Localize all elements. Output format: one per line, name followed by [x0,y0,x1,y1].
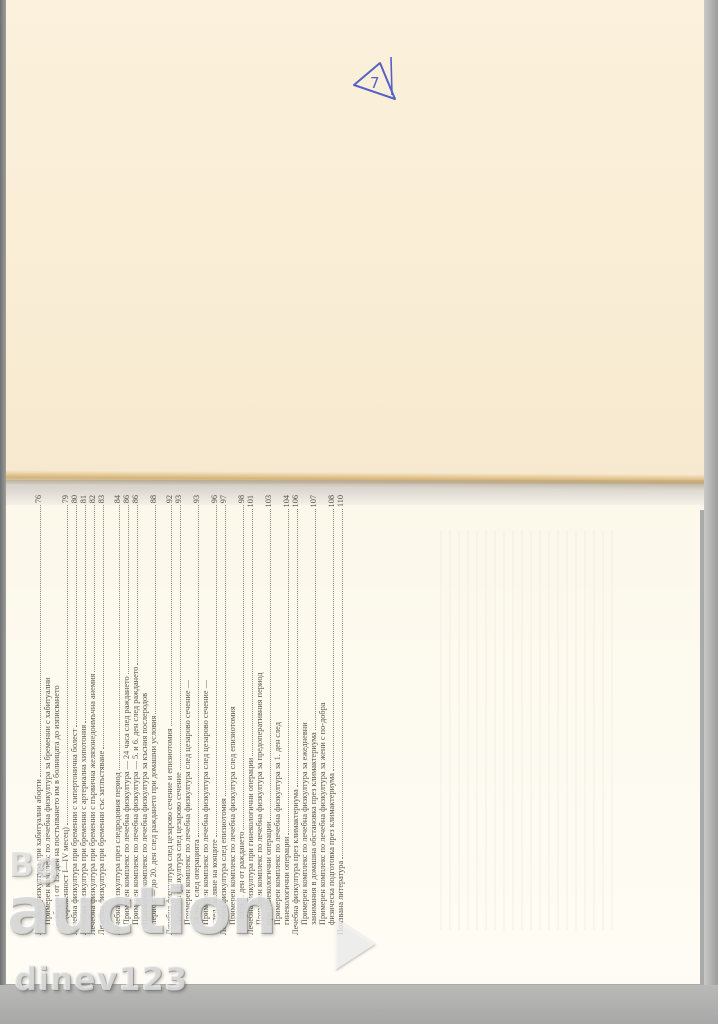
watermark-username: dinev123 [14,960,188,998]
toc-entry: след сваляне на конците96 [210,495,219,935]
toc-leader-dots [118,505,120,770]
toc-entry: Примерен комплекс по лечебна физкултура … [255,495,264,935]
toc-entry: Примерен комплекс по лечебна физкултура … [140,495,149,935]
toc-leader-dots [269,509,271,819]
toc-entry: Лечебна физкултура след епизиотомия97 [219,495,228,935]
toc-page-number: 86 [122,495,131,503]
svg-text:7: 7 [370,74,380,92]
watermark-play-arrow-icon [335,918,375,970]
toc-page-number: 92 [165,495,174,503]
toc-leader-dots [179,505,181,770]
toc-leader-dots [75,505,77,726]
toc-leader-dots [93,505,95,671]
toc-page-number: 103 [264,495,273,507]
toc-leader-dots [66,505,68,825]
scan-right-edge [704,0,718,1024]
toc-leader-dots [197,505,199,837]
toc-leader-dots [49,497,50,676]
toc-page-number: 108 [327,495,336,507]
toc-page-number: 101 [246,495,255,507]
toc-leader-dots [154,505,156,713]
toc-page-number: 83 [97,495,106,503]
toc-entry: физическа подготовка през климактериума1… [327,495,336,935]
toc-page-number: 76 [34,495,43,503]
toc-entry-title: Примерен комплекс по лечебна физкултура … [318,703,327,925]
toc-leader-dots [234,497,235,704]
toc-leader-dots [287,509,289,834]
toc-entry: гинекологични операции104 [282,495,291,935]
toc-leader-dots [224,505,226,796]
toc-entry-title: Лечебна физкултура през климактериума [291,789,300,935]
toc-page-number: 84 [113,495,122,503]
toc-entry: период — до 20. ден след раждането при д… [149,495,158,935]
toc-gap [158,495,165,935]
toc-leader-dots [84,505,86,723]
toc-entry: Примерен комплекс по лечебна физкултура … [201,495,210,935]
toc-leader-dots [58,497,59,683]
toc-page-number: 107 [309,495,318,507]
table-of-contents: Лечебна физкултура при хабитуални аборти… [34,495,424,935]
toc-page-number: 98 [237,495,246,503]
show-through-text [440,530,620,930]
toc-entry: Примерен комплекс по лечебна физкултура … [183,495,192,935]
toc-entry: 24 часа след операцията93 [192,495,201,935]
toc-entry: Лечебна физкултура при бременни с първич… [88,495,97,935]
toc-page-number: 104 [282,495,291,507]
toc-entry-title: занимания в домашна обстановка през клим… [309,732,318,925]
toc-entry: Лечебна физкултура при гинекологични опе… [246,495,255,935]
toc-leader-dots [207,497,208,678]
toc-entry: Ползвана литература110 [336,495,345,935]
toc-leader-dots [39,505,41,777]
toc-leader-dots [242,505,244,829]
toc-entry: Примерен комплекс по лечебна физкултура … [228,495,237,935]
toc-page-number: 93 [192,495,201,503]
toc-leader-dots [324,497,325,701]
toc-entry: Примерен комплекс по лечебна физкултура … [122,495,131,935]
toc-entry: при гинекологични операции103 [264,495,273,935]
toc-page-number: 96 [210,495,219,503]
toc-leader-dots [341,509,343,859]
toc-leader-dots [306,497,307,720]
toc-entry: Лечебна физкултура при бременни с хиперт… [70,495,79,935]
toc-entry: Лечебна физкултура през климактериума106 [291,495,300,935]
toc-page-number: 80 [70,495,79,503]
watermark-auction: auction [6,872,276,949]
toc-page-number: 97 [219,495,228,503]
toc-leader-dots [127,505,129,674]
toc-leader-dots [314,509,316,730]
toc-page-number: 82 [88,495,97,503]
toc-entry: Лечебна физкултура след цезарово сечение… [165,495,174,935]
toc-leader-dots [296,509,298,787]
toc-entry: Примерен комплекс по лечебна физкултура … [273,495,282,935]
toc-entry: (бременност I—IV месец)79 [61,495,70,935]
toc-page-number: 93 [174,495,183,503]
toc-page-number: 79 [61,495,70,503]
toc-entry: Примерен комплекс по лечебна физкултура … [300,495,309,935]
toc-page-number: 110 [336,495,345,507]
toc-page-number: 88 [149,495,158,503]
toc-entry: Лечебна физкултура през следродовия пери… [113,495,122,935]
toc-leader-dots [251,509,253,755]
toc-leader-dots [215,505,217,837]
toc-entry: Лечебна физкултура след цезарово сечение… [174,495,183,935]
toc-entry-title: физическа подготовка през климактериума [327,773,336,925]
handwritten-triangle-mark: 7 [350,55,405,105]
toc-leader-dots [102,505,104,748]
toc-entry: Примерен комплекс по лечебна физкултура … [318,495,327,935]
toc-entry: след 5. ден от раждането98 [237,495,246,935]
toc-page-number: 81 [79,495,88,503]
toc-entry: Лечебна физкултура при бременни със затл… [97,495,106,935]
toc-leader-dots [332,509,334,771]
toc-entry: Лечебна физкултура при бременни с артери… [79,495,88,935]
toc-entry-title: Примерен комплекс по лечебна физкултура … [300,722,309,925]
toc-leader-dots [146,497,147,691]
toc-leader-dots [189,497,190,678]
toc-gap [106,495,113,935]
toc-entry: занимания в домашна обстановка през клим… [309,495,318,935]
toc-entry-title: гинекологични операции [282,837,291,925]
toc-entry: Примерен комплекс по лечебна физкултура … [131,495,140,935]
toc-leader-dots [279,497,280,720]
toc-page-number: 106 [291,495,300,507]
toc-leader-dots [136,505,138,664]
toc-leader-dots [170,505,172,726]
toc-leader-dots [261,497,262,670]
toc-page-number: 86 [131,495,140,503]
